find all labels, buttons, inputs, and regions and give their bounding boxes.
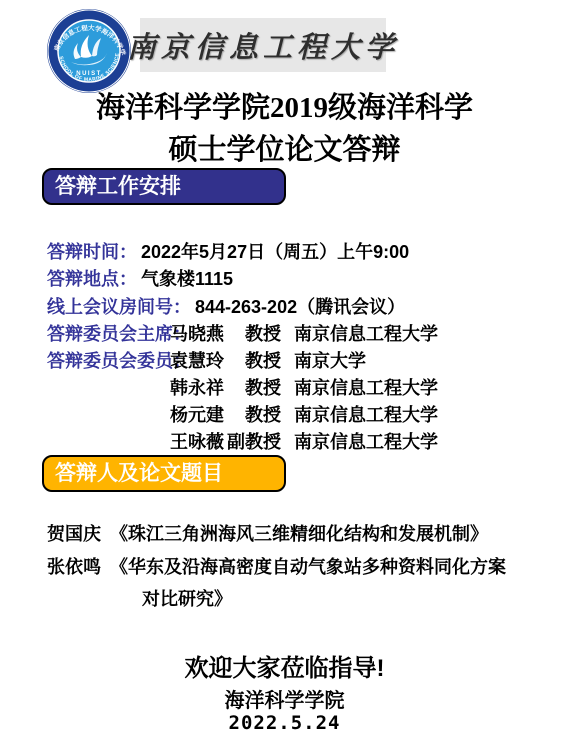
committee-member-affiliation: 南京大学 xyxy=(294,347,366,373)
committee-member-title: 教授 xyxy=(187,401,281,427)
committee-member-title: 副教授 xyxy=(187,428,281,454)
committee-row: 杨元建 教授 南京信息工程大学 xyxy=(47,401,537,425)
defense-location-value: 气象楼1115 xyxy=(141,269,233,289)
meeting-room-value: 844-263-202（腾讯会议） xyxy=(195,297,405,317)
committee-member-affiliation: 南京信息工程大学 xyxy=(294,374,438,400)
committee-row: 答辩委员会委员： 袁慧玲 教授 南京大学 xyxy=(47,347,537,371)
thesis-title: 《华东及沿海高密度自动气象站多种资料同化方案 xyxy=(110,553,506,579)
committee-member-affiliation: 南京信息工程大学 xyxy=(294,401,438,427)
committee-member-affiliation: 南京信息工程大学 xyxy=(294,320,438,346)
committee-row: 王咏薇 副教授 南京信息工程大学 xyxy=(47,428,537,452)
page-title-line2: 硕士学位论文答辩 xyxy=(0,127,569,168)
committee-row: 韩永祥 教授 南京信息工程大学 xyxy=(47,374,537,398)
announcement-date: 2022.5.24 xyxy=(0,712,569,734)
defender-name: 张依鸣 xyxy=(47,553,101,579)
logo-nuist-text: NUIST xyxy=(76,71,102,77)
thesis-title: 《珠江三角洲海风三维精细化结构和发展机制》 xyxy=(110,520,488,546)
defender-name: 贺国庆 xyxy=(47,520,101,546)
welcome-message: 欢迎大家莅临指导! xyxy=(0,648,569,683)
university-name-plaque: 南京信息工程大学 xyxy=(140,18,386,72)
committee-member-title: 教授 xyxy=(187,374,281,400)
info-line-location: 答辩地点：气象楼1115 xyxy=(47,265,233,291)
marine-science-badge-icon: 南京信息工程大学海洋科学学院 SCHOOL OF MARINE SCIENCES… xyxy=(45,7,133,95)
meeting-room-label: 线上会议房间号： xyxy=(47,297,191,317)
committee-row: 答辩委员会主席： 马晓燕 教授 南京信息工程大学 xyxy=(47,320,537,344)
organization-signature: 海洋科学学院 xyxy=(0,684,569,713)
defense-location-label: 答辩地点： xyxy=(47,269,137,289)
defense-time-label: 答辩时间： xyxy=(47,242,137,262)
committee-member-title: 教授 xyxy=(187,320,281,346)
committee-member-title: 教授 xyxy=(187,347,281,373)
defense-time-value: 2022年5月27日（周五）上午9:00 xyxy=(141,242,409,262)
info-line-meeting-room: 线上会议房间号：844-263-202（腾讯会议） xyxy=(47,293,405,319)
page-title-line1: 海洋科学学院2019级海洋科学 xyxy=(0,85,569,126)
thesis-title-continuation: 对比研究》 xyxy=(142,585,232,611)
info-line-time: 答辩时间：2022年5月27日（周五）上午9:00 xyxy=(47,238,409,264)
section-banner-arrangement: 答辩工作安排 xyxy=(42,168,286,205)
section-banner-defenders: 答辩人及论文题目 xyxy=(42,455,286,492)
school-logo: 南京信息工程大学海洋科学学院 SCHOOL OF MARINE SCIENCES… xyxy=(45,7,133,95)
committee-member-affiliation: 南京信息工程大学 xyxy=(294,428,438,454)
university-name-calligraphy: 南京信息工程大学 xyxy=(127,25,399,66)
defense-announcement-page: 南京信息工程大学海洋科学学院 SCHOOL OF MARINE SCIENCES… xyxy=(0,0,569,745)
